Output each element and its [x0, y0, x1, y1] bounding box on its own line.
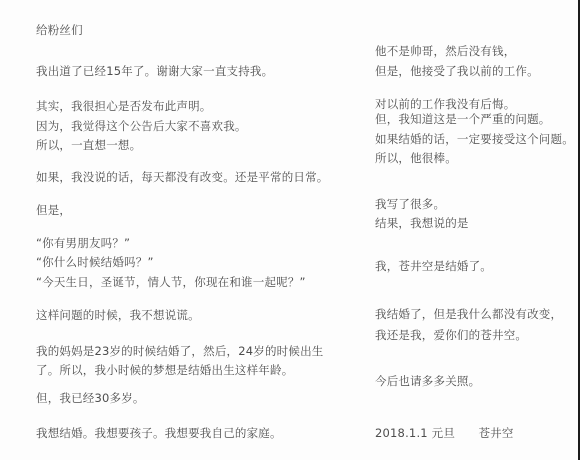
letter-left-line: 其实，我很担心是否发布此声明。	[36, 99, 212, 113]
letter-left-line: “你有男朋友吗？”	[36, 236, 130, 250]
letter-left-line: 所以，一直想一想。	[36, 138, 141, 152]
letter-left-line: 如果，我没说的话，每天都没有改变。还是平常的日常。	[36, 170, 329, 184]
letter-right-line: 所以，他很棒。	[375, 151, 457, 165]
letter-right-line: 今后也请多多关照。	[375, 374, 480, 388]
letter-left-line: 我的妈妈是23岁的时候结婚了，然后，24岁的时候出生	[36, 344, 323, 358]
letter-right-line: 我还是我，爱你们的苍井空。	[375, 328, 527, 342]
letter-left-line: 我想结婚。我想要孩子。我想要我自己的家庭。	[36, 426, 282, 440]
letter-left-line: 但，我已经30多岁。	[36, 391, 145, 405]
letter-right-line: 但，我知道这是一个严重的问题。	[375, 112, 551, 126]
letter-left-line: 给粉丝们	[36, 23, 83, 37]
letter-page: 给粉丝们我出道了已经15年了。谢谢大家一直支持我。其实，我很担心是否发布此声明。…	[0, 0, 578, 460]
letter-left-line: 因为，我觉得这个公告后大家不喜欢我。	[36, 119, 247, 133]
letter-right-line: 如果结婚的话，一定要接受这个问题。	[375, 132, 574, 146]
letter-left-line: 了。所以，我小时候的梦想是结婚出生这样年龄。	[36, 363, 293, 377]
letter-left-line: “你什么时候结婚吗？”	[36, 255, 154, 269]
letter-left-line: 我出道了已经15年了。谢谢大家一直支持我。	[36, 64, 273, 78]
letter-right-line: 但是，他接受了我以前的工作。	[375, 64, 539, 78]
letter-right-line: 我写了很多。	[375, 197, 445, 211]
letter-right-line: 他不是帅哥，然后没有钱，	[375, 44, 515, 58]
letter-right-line: 2018.1.1 元旦 苍井空	[375, 426, 514, 440]
letter-right-line: 我，苍井空是结婚了。	[375, 259, 492, 273]
letter-right-line: 我结婚了，但是我什么都没有改变，	[375, 307, 562, 321]
letter-right-line: 结果，我想说的是	[375, 216, 469, 230]
letter-left-line: 但是，	[36, 203, 71, 217]
letter-left-line: “今天生日，圣诞节，情人节，你现在和谁一起呢？”	[36, 275, 306, 289]
letter-right-line: 对以前的工作我没有后悔。	[375, 97, 515, 111]
letter-left-line: 这样问题的时候，我不想说谎。	[36, 308, 200, 322]
